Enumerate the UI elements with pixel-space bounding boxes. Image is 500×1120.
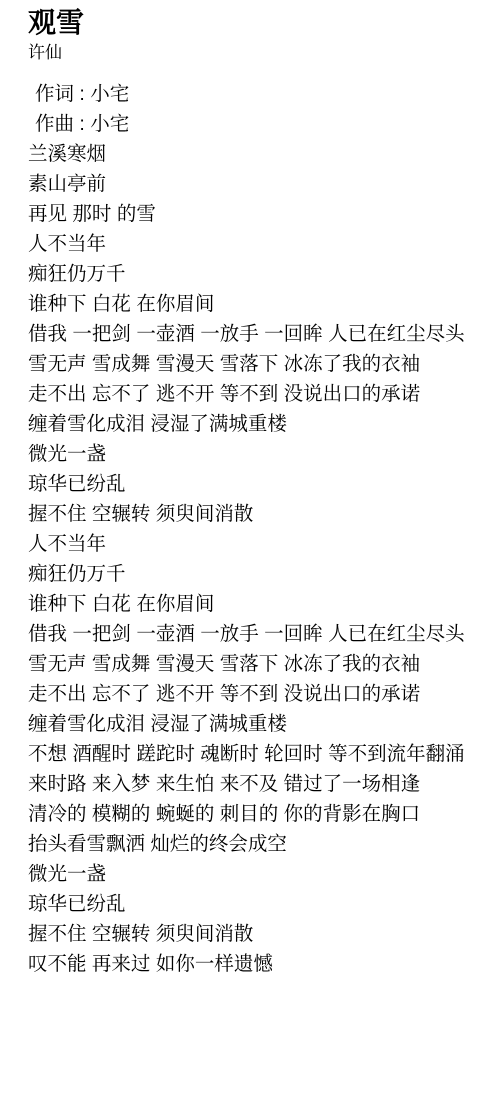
lyric-line: 借我 一把剑 一壶酒 一放手 一回眸 人已在红尘尽头 xyxy=(28,619,492,649)
lyric-line: 握不住 空辗转 须臾间消散 xyxy=(28,919,492,949)
lyric-line: 素山亭前 xyxy=(28,169,492,199)
lyric-line: 再见 那时 的雪 xyxy=(28,199,492,229)
lyric-line: 借我 一把剑 一壶酒 一放手 一回眸 人已在红尘尽头 xyxy=(28,319,492,349)
lyric-line: 走不出 忘不了 逃不开 等不到 没说出口的承诺 xyxy=(28,379,492,409)
lyric-line: 握不住 空辗转 须臾间消散 xyxy=(28,499,492,529)
lyric-line: 雪无声 雪成舞 雪漫天 雪落下 冰冻了我的衣袖 xyxy=(28,649,492,679)
lyric-line: 清冷的 模糊的 蜿蜒的 刺目的 你的背影在胸口 xyxy=(28,799,492,829)
lyric-line: 痴狂仍万千 xyxy=(28,559,492,589)
lyric-line: 痴狂仍万千 xyxy=(28,259,492,289)
lyric-line: 微光一盏 xyxy=(28,859,492,889)
lyric-line: 抬头看雪飘洒 灿烂的终会成空 xyxy=(28,829,492,859)
lyric-line: 走不出 忘不了 逃不开 等不到 没说出口的承诺 xyxy=(28,679,492,709)
lyricist-credit: 作词 : 小宅 xyxy=(28,79,492,109)
credits-block: 作词 : 小宅 作曲 : 小宅 xyxy=(28,79,492,139)
lyric-line: 来时路 来入梦 来生怕 来不及 错过了一场相逢 xyxy=(28,769,492,799)
lyric-line: 兰溪寒烟 xyxy=(28,139,492,169)
lyric-line: 微光一盏 xyxy=(28,439,492,469)
lyric-line: 人不当年 xyxy=(28,229,492,259)
artist-name: 许仙 xyxy=(28,41,492,65)
lyric-line: 不想 酒醒时 蹉跎时 魂断时 轮回时 等不到流年翻涌 xyxy=(28,739,492,769)
lyric-line: 琼华已纷乱 xyxy=(28,889,492,919)
lyric-line: 缠着雪化成泪 浸湿了满城重楼 xyxy=(28,409,492,439)
lyric-line: 缠着雪化成泪 浸湿了满城重楼 xyxy=(28,709,492,739)
lyric-line: 琼华已纷乱 xyxy=(28,469,492,499)
lyric-line: 雪无声 雪成舞 雪漫天 雪落下 冰冻了我的衣袖 xyxy=(28,349,492,379)
lyric-line: 叹不能 再来过 如你一样遗憾 xyxy=(28,949,492,979)
lyric-line: 人不当年 xyxy=(28,529,492,559)
song-title: 观雪 xyxy=(28,5,492,41)
lyric-line: 谁种下 白花 在你眉间 xyxy=(28,289,492,319)
lyric-line: 谁种下 白花 在你眉间 xyxy=(28,589,492,619)
lyrics-page: 观雪 许仙 作词 : 小宅 作曲 : 小宅 兰溪寒烟 素山亭前 再见 那时 的雪… xyxy=(0,0,500,979)
lyrics-body: 兰溪寒烟 素山亭前 再见 那时 的雪 人不当年 痴狂仍万千 谁种下 白花 在你眉… xyxy=(28,139,492,979)
composer-credit: 作曲 : 小宅 xyxy=(28,109,492,139)
